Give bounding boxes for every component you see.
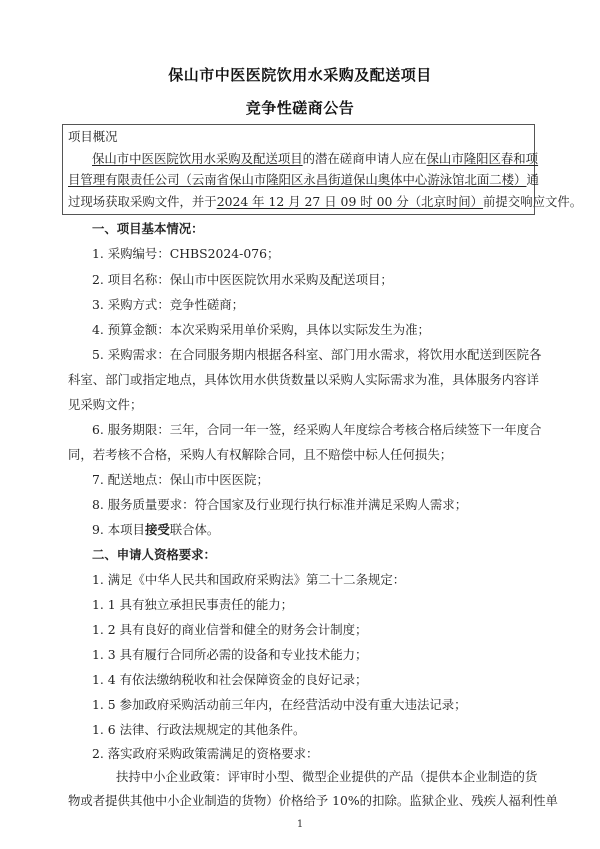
section-2-heading: 二、申请人资格要求： [92, 547, 216, 563]
document-title: 保山市中医医院饮用水采购及配送项目 [0, 64, 600, 85]
section-1-item-7: 7. 配送地点：保山市中医医院； [92, 472, 269, 488]
section-1-item-6-line-2: 同，若考核不合格，采购人有权解除合同，且不赔偿中标人任何损失； [68, 447, 452, 463]
section-2-item-2: 2. 落实政府采购政策需满足的资格要求： [92, 746, 318, 762]
section-1-item-8: 8. 服务质量要求：符合国家及行业现行执行标准并满足采购人需求； [92, 497, 467, 513]
section-1-item-5-line-1: 5. 采购需求：在合同服务期内根据各科室、部门用水需求，将饮用水配送到医院各 [92, 347, 541, 363]
overview-line-2: 目管理有限责任公司（云南省保山市隆阳区永昌街道保山奥体中心游泳馆北面二楼）通 [68, 172, 539, 188]
overview-heading: 项目概况 [68, 129, 118, 145]
section-1-item-5-line-3: 见采购文件； [68, 397, 142, 413]
policy-line-2: 物或者提供其他中小企业制造的货物）价格给予 10%的扣除。监狱企业、残疾人福利性… [68, 793, 558, 809]
section-2-item-1-1: 1. 1 具有独立承担民事责任的能力； [92, 597, 293, 613]
policy-line-1: 扶持中小企业政策：评审时小型、微型企业提供的产品（提供本企业制造的货 [116, 769, 530, 785]
section-2-item-1-2: 1. 2 具有良好的商业信誉和健全的财务会计制度； [92, 622, 367, 638]
project-name-underlined: 保山市中医医院饮用水采购及配送项目 [92, 151, 303, 166]
overview-line-3: 过现场获取采购文件，并于2024 年 12 月 27 日 09 时 00 分（北… [68, 194, 582, 210]
document-subtitle: 竞争性磋商公告 [0, 97, 600, 118]
section-2-item-1-4: 1. 4 有依法缴纳税收和社会保障资金的良好记录； [92, 672, 367, 688]
agency-name-part2: 目管理有限责任公司（云南省保山市隆阳区永昌街道保山奥体中心游泳馆北面二楼） [68, 172, 526, 187]
section-2-item-1-3: 1. 3 具有履行合同所必需的设备和专业技术能力； [92, 647, 367, 663]
section-1-item-4: 4. 预算金额：本次采购采用单价采购，具体以实际发生为准； [92, 322, 430, 338]
item-9-suffix: 联合体。 [170, 522, 220, 537]
section-1-item-3: 3. 采购方式：竞争性磋商； [92, 297, 244, 313]
section-1-item-5-line-2: 科室、部门或指定地点，具体饮用水供货数量以采购人实际需求为准，具体服务内容详 [68, 372, 539, 388]
section-1-item-9: 9. 本项目接受联合体。 [92, 522, 219, 538]
page-number: 1 [0, 819, 600, 830]
overview-line-1: 保山市中医医院饮用水采购及配送项目的潜在磋商申请人应在保山市隆阳区春和项 [92, 151, 530, 167]
section-2-item-1-5: 1. 5 参加政府采购活动前三年内，在经营活动中没有重大违法记录； [92, 697, 467, 713]
section-1-item-2: 2. 项目名称：保山市中医医院饮用水采购及配送项目； [92, 272, 393, 288]
document-page: 保山市中医医院饮用水采购及配送项目 竞争性磋商公告 项目概况 保山市中医医院饮用… [0, 0, 600, 849]
section-2-item-1-6: 1. 6 法律、行政法规规定的其他条件。 [92, 722, 305, 738]
overview-line3-head: 过现场获取采购文件，并于 [68, 194, 217, 209]
section-1-item-6-line-1: 6. 服务期限：三年，合同一年一签，经采购人年度综合考核合格后续签下一年度合 [92, 422, 541, 438]
overview-line3-tail: 前提交响应文件。 [483, 194, 582, 209]
overview-line1-middle: 的潜在磋商申请人应在 [303, 151, 427, 166]
agency-name-part1: 保山市隆阳区春和项 [427, 151, 539, 166]
section-1-item-1: 1. 采购编号：CHBS2024-076； [92, 246, 279, 262]
section-1-heading: 一、项目基本情况： [92, 221, 204, 237]
section-2-item-1: 1. 满足《中华人民共和国政府采购法》第二十二条规定： [92, 572, 405, 588]
item-9-bold: 接受 [145, 522, 170, 537]
item-9-prefix: 9. 本项目 [92, 522, 145, 537]
response-deadline: 2024 年 12 月 27 日 09 时 00 分（北京时间） [217, 194, 483, 209]
overview-line2-tail: 通 [526, 172, 538, 187]
